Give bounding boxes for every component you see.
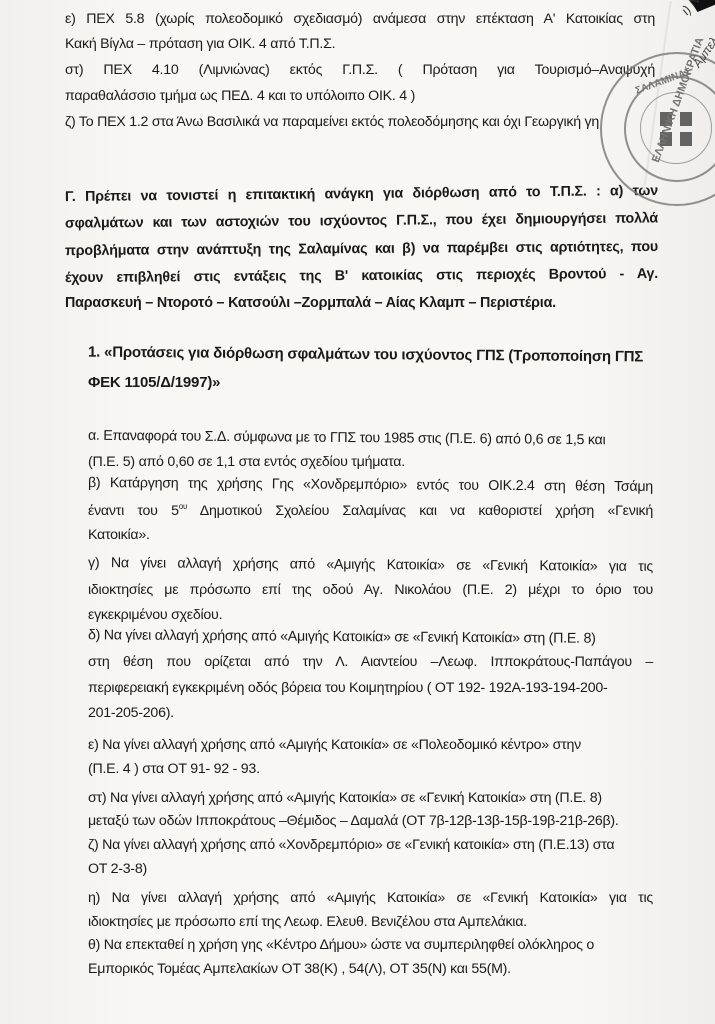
item-st-pex-4-10: στ) ΠΕΧ 4.10 (Λιμνιώνας) εκτός Γ.Π.Σ. ( … <box>65 62 655 78</box>
proposal-d-line-4: 201-205-206). <box>88 705 174 721</box>
proposal-th-line-2: Εμπορικός Τομέας Αμπελακίων ΟΤ 38(Κ) , 5… <box>88 961 511 977</box>
proposal-e-line-1: ε) Να γίνει αλλαγή χρήσης από «Αμιγής Κα… <box>88 737 581 753</box>
proposal-b-line-2: έναντι του 5ου Δημοτικού Σχολείου Σαλαμί… <box>88 502 653 519</box>
proposal-st-line-2: μεταξύ των οδών Ιπποκράτους –Θέμιδος – Δ… <box>88 813 619 829</box>
section-g-line-3: προβλήματα στην ανάπτυξη της Σαλαμίνας κ… <box>65 239 658 259</box>
proposal-z-line-1: ζ) Να γίνει αλλαγή χρήσης από «Χονδρεμπό… <box>88 837 614 853</box>
proposal-th-line-1: θ) Να επεκταθεί η χρήση γης «Κέντρο Δήμο… <box>88 937 594 953</box>
proposal-z-line-2: ΟΤ 2-3-8) <box>88 861 147 877</box>
document-page: ε) ΠΕΧ 5.8 (χωρίς πολεοδομικό σχεδιασμό)… <box>0 0 715 1024</box>
section-g-line-1: Γ. Πρέπει να τονιστεί η επιτακτική ανάγκ… <box>65 183 658 205</box>
proposal-d-line-1: δ) Να γίνει αλλαγή χρήσης από «Αμιγής Κα… <box>88 627 596 647</box>
proposal-a-line-1: α. Επαναφορά του Σ.Δ. σύμφωνα με το ΓΠΣ … <box>88 428 606 449</box>
proposal-a-line-2: (Π.Ε. 5) από 0,60 σε 1,1 στα εντός σχεδί… <box>88 454 405 470</box>
proposal-c-line-2: ιδιοκτησίες με πρόσωπο επί της οδού Αγ. … <box>88 582 653 598</box>
item-e-pex-5-8: ε) ΠΕΧ 5.8 (χωρίς πολεοδομικό σχεδιασμό)… <box>65 11 655 27</box>
item-z-pex-1-2: ζ) Το ΠΕΧ 1.2 στα Άνω Βασιλικά να παραμε… <box>65 114 599 130</box>
proposal-d-line-2: στη θέση που ορίζεται από την Λ. Αιαντεί… <box>88 654 653 670</box>
proposal-h-line-1: η) Να γίνει αλλαγή χρήσης από «Αμιγής Κα… <box>88 890 653 906</box>
proposal-b-text: έναντι του 5 <box>88 503 179 519</box>
proposal-d-line-3: περιφερειακή εγκεκριμένη οδός βόρεια του… <box>88 680 607 696</box>
proposal-h-line-2: ιδιοκτησίες με πρόσωπο επί της Λεωφ. Ελε… <box>88 914 527 930</box>
proposal-c-line-1: γ) Να γίνει αλλαγή χρήσης από «Αμιγής Κα… <box>88 555 653 575</box>
superscript: ου <box>179 502 187 511</box>
heading-proposals-line-1: 1. «Προτάσεις για διόρθωση σφαλμάτων του… <box>88 344 643 366</box>
heading-proposals-line-2: ΦΕΚ 1105/Δ/1997)» <box>88 374 220 391</box>
proposal-e-line-2: (Π.Ε. 4 ) στα ΟΤ 91- 92 - 93. <box>88 761 260 777</box>
section-g-line-2: σφαλμάτων και των αστοχιών του ισχύοντος… <box>65 210 658 231</box>
section-g-line-4: έχουν επιβληθεί στις εντάξεις της Β' κατ… <box>65 266 658 286</box>
proposal-c-line-3: εγκεκριμένου σχεδίου. <box>88 607 222 623</box>
proposal-b-line-1: β) Κατάργηση της χρήσης Γης «Χονδρεμπόρι… <box>88 475 653 495</box>
proposal-st-line-1: στ) Να γίνει αλλαγή χρήσης από «Αμιγής Κ… <box>88 790 602 806</box>
item-st-continuation: παραθαλάσσιο τμήμα ως ΠΕΔ. 4 και το υπόλ… <box>65 88 415 104</box>
item-e-continuation: Κακή Βίγλα – πρόταση για ΟΙΚ. 4 από Τ.Π.… <box>65 36 335 52</box>
section-g-line-5: Παρασκευή – Ντοροτό – Κατσούλι –Ζορμπαλά… <box>65 295 556 311</box>
proposal-b-text: Δημοτικού Σχολείου Σαλαμίνας και να καθο… <box>187 503 653 519</box>
proposal-b-line-3: Κατοικία». <box>88 527 150 543</box>
